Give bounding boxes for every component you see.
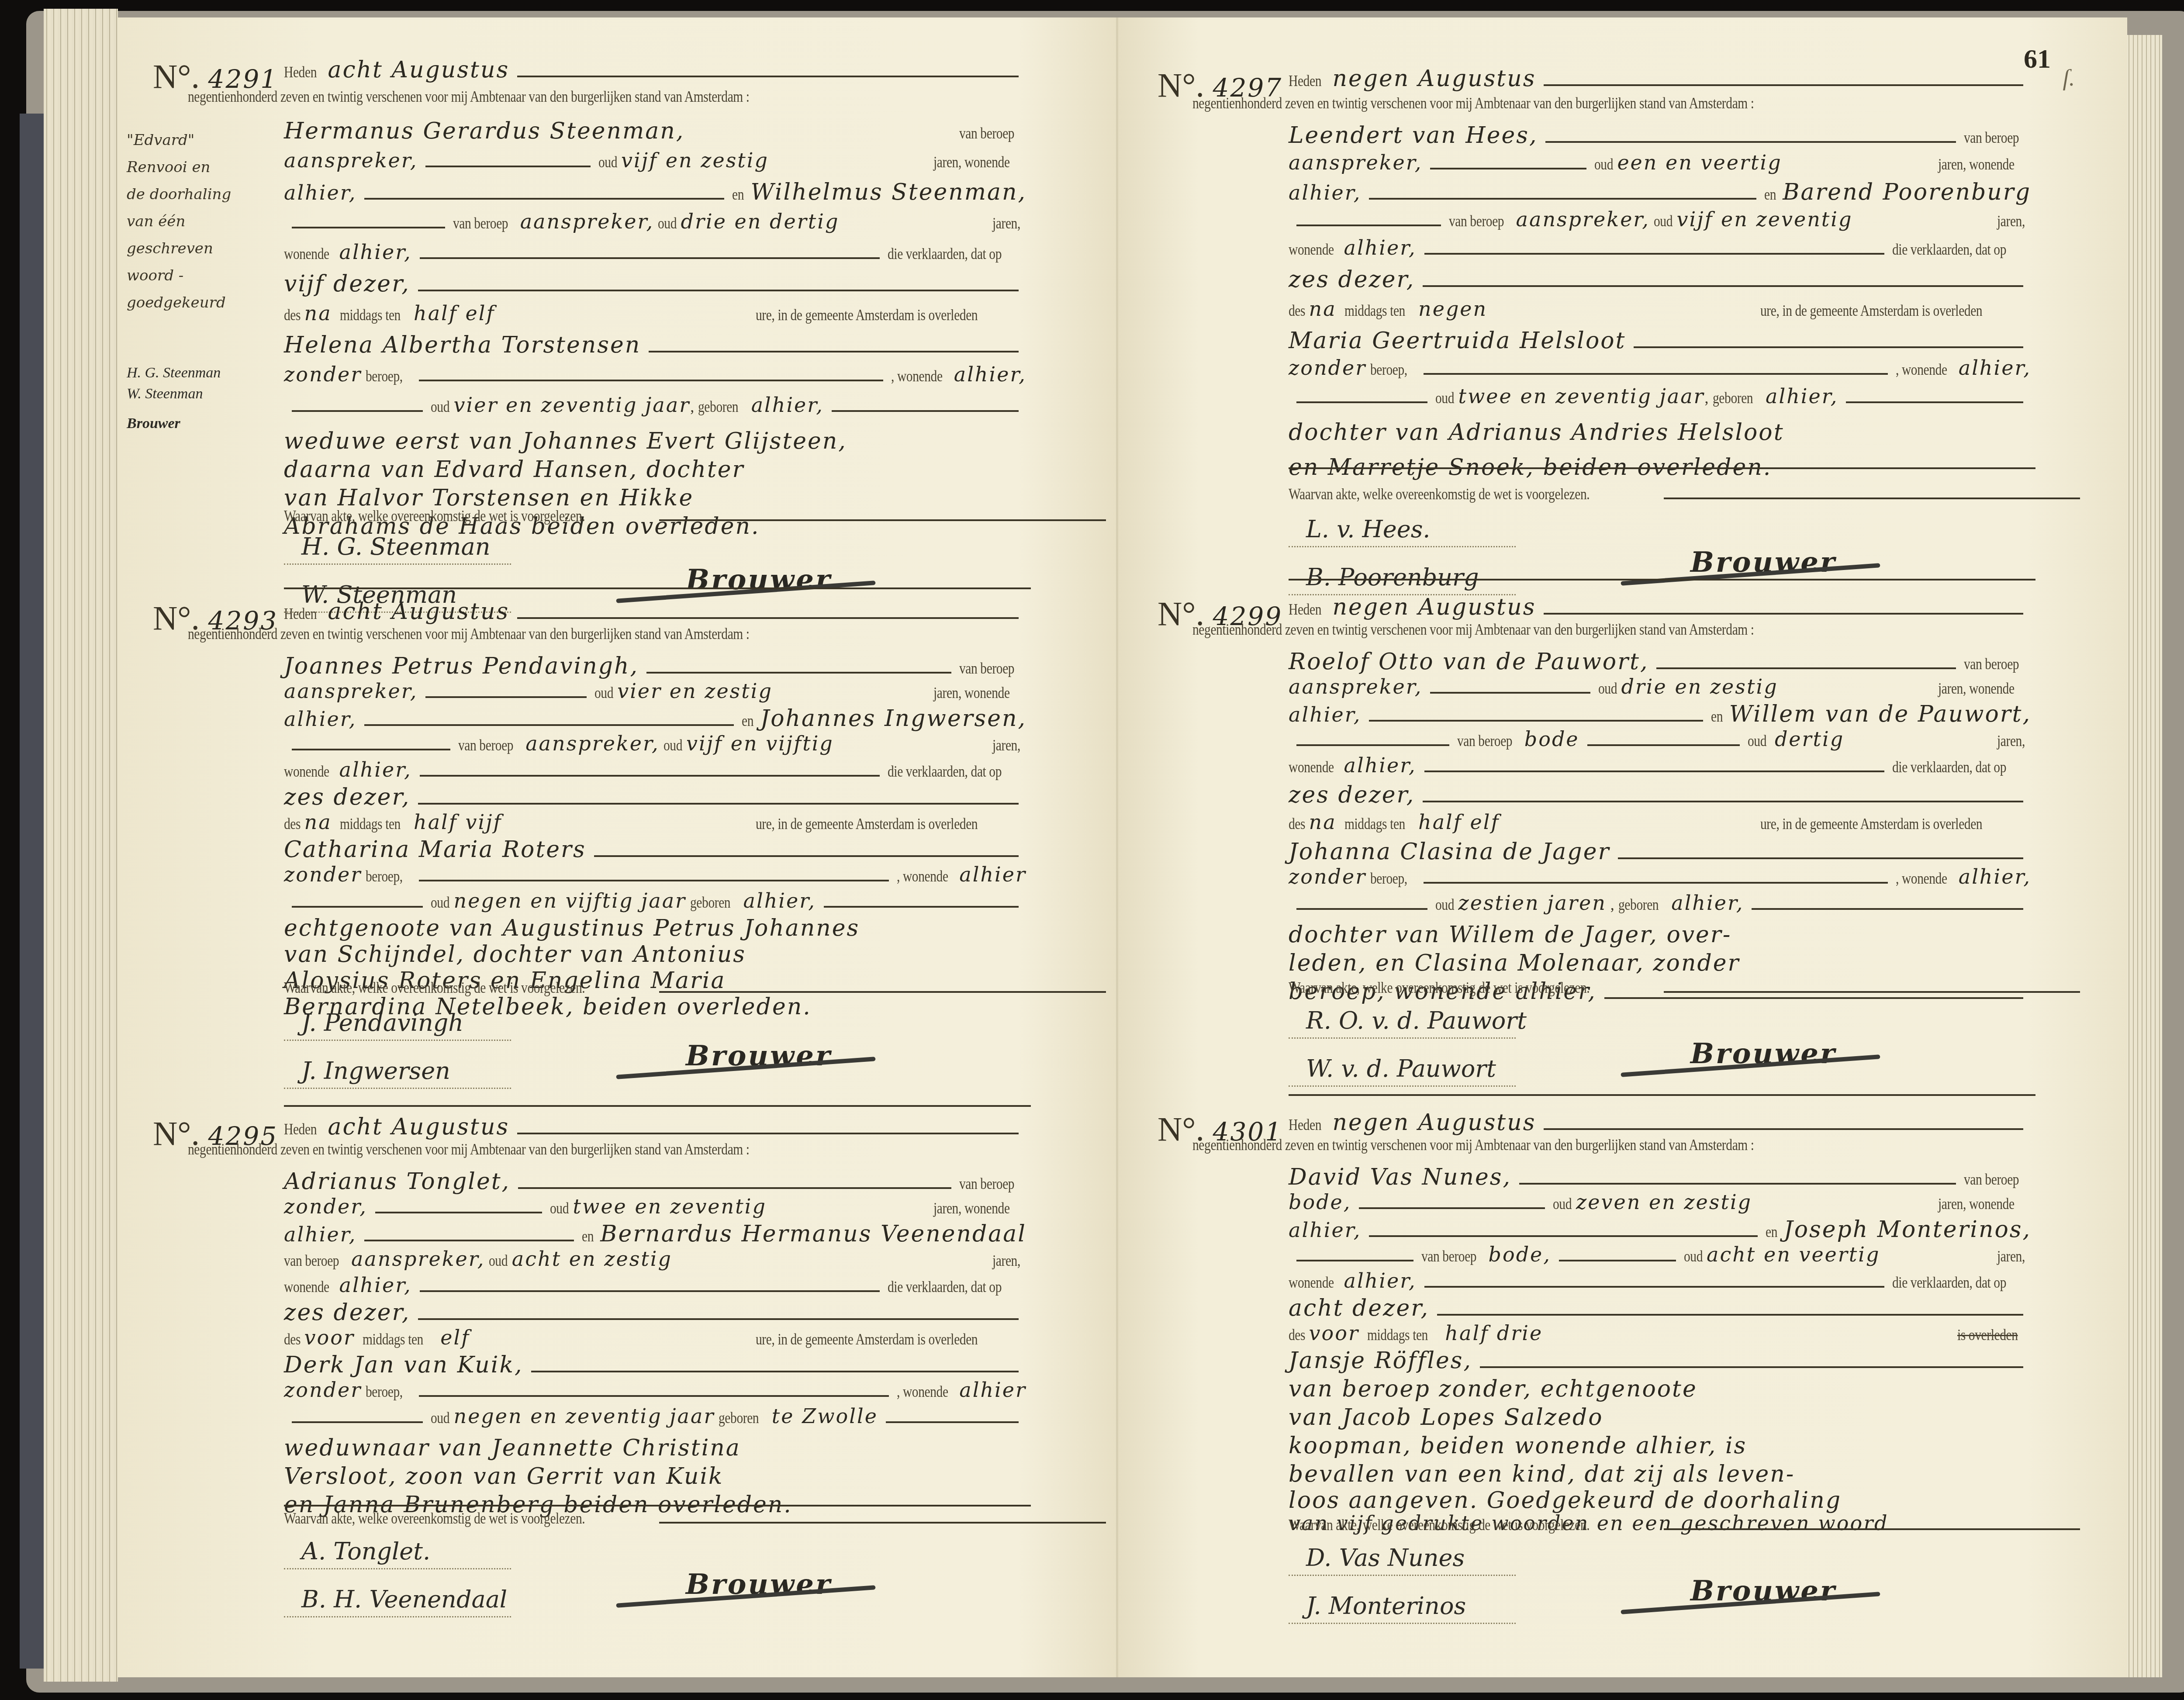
death-record: N°. 4301 Heden negen Augustus negentienh… <box>1158 1109 2031 1546</box>
handwritten-text: Roelof Otto van de Pauwort, <box>1289 649 1648 675</box>
printed-text: oud <box>594 684 613 702</box>
form-line: negentienhonderd zeven en twintig versch… <box>1192 1136 2031 1166</box>
deceased-name: Helena Albertha Torstensen <box>284 332 641 358</box>
fill-in-rule <box>1437 1314 2023 1316</box>
printed-text: ure, in de gemeente Amsterdam is overled… <box>1760 301 1982 320</box>
handwritten-text: alhier, <box>1344 753 1416 777</box>
fill-in-rule <box>1544 84 2023 86</box>
printed-text: geboren <box>1713 389 1753 407</box>
handwritten-text: acht en veertig <box>1707 1243 1880 1266</box>
printed-text: oud <box>1748 732 1766 750</box>
handwritten-text: acht Augustus <box>328 1114 509 1140</box>
handwritten-text: alhier <box>959 1378 1026 1402</box>
printed-text: van beroep <box>1964 1170 2019 1189</box>
printed-text: middags ten <box>363 1330 423 1348</box>
deceased-name: Maria Geertruida Helsloot <box>1289 328 1626 354</box>
form-line: Maria Geertruida Helsloot <box>1289 328 2031 358</box>
printed-text: Heden <box>1289 72 1321 90</box>
printed-text: middags ten <box>340 815 401 833</box>
fill-in-rule <box>886 1421 1019 1423</box>
form-line: en Marretje Snoek, beiden overleden. <box>1289 454 2031 485</box>
handwritten-text: van Schijndel, dochter van Antonius <box>284 941 746 967</box>
form-line: wonendealhier,die verklaarden, dat op <box>1289 236 2031 266</box>
printed-text: oud <box>431 397 449 416</box>
printed-text: van beroep <box>1964 128 2019 147</box>
handwritten-text: aanspreker, <box>351 1247 485 1271</box>
printed-text: oud <box>1594 155 1613 173</box>
printed-text: en <box>742 712 753 730</box>
handwritten-text: zes dezer, <box>284 784 410 810</box>
form-line: daarna van Edvard Hansen, dochter <box>284 456 1026 487</box>
folio-mark: ſ. <box>2063 66 2075 91</box>
printed-text: middags ten <box>1344 815 1405 833</box>
signature-line <box>1289 1037 1516 1039</box>
fill-in-rule <box>659 1522 1106 1524</box>
registrar-signature: Brouwer <box>686 1568 832 1601</box>
handwritten-text: vijf en zestig <box>621 149 769 172</box>
fill-in-rule <box>1664 1528 2080 1530</box>
form-line: Helena Albertha Torstensen <box>284 332 1026 363</box>
fill-in-rule <box>1480 1366 2023 1368</box>
handwritten-text: aanspreker, <box>1516 207 1650 231</box>
handwritten-text: twee en zeventig jaar <box>1458 384 1705 408</box>
handwritten-text: drie en zestig <box>1621 675 1778 698</box>
printed-text: oud <box>1654 212 1673 230</box>
form-line: wonendealhier,die verklaarden, dat op <box>284 240 1026 271</box>
handwritten-text: acht en zestig <box>512 1247 672 1271</box>
handwritten-text: aanspreker, <box>1289 151 1422 174</box>
printed-text: negentienhonderd zeven en twintig versch… <box>1192 620 1754 639</box>
fill-in-rule <box>375 1212 542 1213</box>
printed-text: oud <box>489 1251 508 1270</box>
declarant-name: Hermanus Gerardus Steenman, <box>284 118 684 144</box>
printed-text: jaren, wonende <box>1938 679 2015 698</box>
fill-in-rule <box>1424 253 1884 255</box>
printed-text: oud <box>431 893 449 912</box>
printed-text: van beroep <box>959 124 1014 142</box>
fill-in-rule <box>646 672 951 674</box>
printed-text: oud <box>1435 895 1454 914</box>
handwritten-text: vier en zeventig jaar <box>454 393 691 417</box>
deceased-name: Johanna Clasina de Jager <box>1289 839 1610 865</box>
printed-text: die verklaarden, dat op <box>1892 1273 2006 1292</box>
handwritten-text: Joannes Petrus Pendavingh, <box>284 653 639 679</box>
fill-in-rule <box>518 1187 951 1189</box>
form-line: oudnegen en zeventig jaar geboren te Zwo… <box>284 1404 1026 1435</box>
printed-text: middags ten <box>1344 301 1405 320</box>
handwritten-text: alhier, <box>339 758 411 781</box>
handwritten-text: negen <box>1418 297 1487 321</box>
fill-in-rule <box>364 724 734 726</box>
signature-block: D. Vas Nunes J. Monterinos Brouwer <box>1289 1544 2031 1688</box>
handwritten-text: na <box>1309 297 1337 321</box>
form-line: van beroep zonder, echtgenoote <box>1289 1376 2031 1406</box>
printed-text: , wonende <box>1896 360 1947 379</box>
printed-text: jaren, <box>1997 732 2025 750</box>
form-line: koopman, beiden wonende alhier, is <box>1289 1433 2031 1463</box>
fill-in-rule <box>425 696 586 698</box>
handwritten-text: negen Augustus <box>1332 66 1536 92</box>
handwritten-text: alhier, <box>1671 891 1744 915</box>
death-record: N°. 4297 Heden negen Augustus negentienh… <box>1158 66 2031 502</box>
handwritten-text: weduwnaar van Jeannette Christina <box>284 1435 741 1461</box>
signature-line <box>284 1616 511 1617</box>
handwritten-text: alhier <box>959 863 1026 886</box>
form-line: oudtwee en zeventig jaar, geboren alhier… <box>1289 384 2031 415</box>
printed-text: des <box>284 815 301 833</box>
printed-text: oud <box>1553 1195 1572 1213</box>
form-line: Waarvan akte, welke overeenkomstig de we… <box>1289 485 2088 515</box>
form-line: aanspreker,oudeen en veertigjaren, wonen… <box>1289 151 2031 181</box>
printed-text: oud <box>431 1409 449 1427</box>
printed-text: beroep, <box>1370 869 1407 888</box>
printed-text: die verklaarden, dat op <box>888 1278 1002 1296</box>
printed-text: Heden <box>284 605 317 623</box>
handwritten-text: negen Augustus <box>1332 594 1536 620</box>
printed-text: negentienhonderd zeven en twintig versch… <box>1192 1136 1754 1154</box>
handwritten-text: aanspreker, <box>284 149 418 172</box>
form-line: Heden acht Augustus <box>284 57 1026 87</box>
fill-in-rule <box>659 519 1106 521</box>
form-line: negentienhonderd zeven en twintig versch… <box>188 1140 1026 1171</box>
printed-text: en <box>1764 185 1776 204</box>
printed-text: van beroep <box>1421 1247 1476 1265</box>
form-line: van beroepaanspreker, oudvijf en zeventi… <box>1289 207 2031 238</box>
handwritten-text: alhier, <box>751 393 824 417</box>
form-line: zonder beroep,, wonendealhier, <box>1289 356 2031 387</box>
handwritten-text: twee en zeventig <box>573 1195 767 1218</box>
handwritten-text: leden, en Clasina Molenaar, zonder <box>1289 950 1740 976</box>
fill-in-rule <box>420 257 880 259</box>
registrar-signature: Brouwer <box>686 563 832 596</box>
handwritten-text: negen en zeventig jaar <box>454 1404 715 1428</box>
printed-text: van beroep <box>1449 212 1504 230</box>
fill-in-rule <box>1587 744 1740 746</box>
handwritten-text: bode, <box>1489 1243 1551 1266</box>
form-line: wonendealhier,die verklaarden, dat op <box>1289 753 2031 784</box>
form-line: desna middags tenhalf elfure, in de geme… <box>284 301 1026 332</box>
signature-line <box>1289 1085 1516 1087</box>
fill-in-rule <box>1544 613 2023 615</box>
fill-in-rule <box>1369 720 1703 722</box>
fill-in-rule <box>832 410 1019 412</box>
handwritten-text: half elf <box>414 301 495 325</box>
record-divider <box>284 1105 1031 1107</box>
handwritten-text: na <box>304 810 332 834</box>
printed-text: negentienhonderd zeven en twintig versch… <box>188 87 750 106</box>
printed-text: des <box>1289 815 1305 833</box>
handwritten-text: Leendert van Hees, <box>1289 122 1538 149</box>
printed-text: van beroep <box>453 214 508 232</box>
fill-in-rule <box>1296 908 1427 910</box>
handwritten-text: aanspreker, <box>520 210 654 233</box>
handwritten-text: zonder <box>284 363 362 386</box>
printed-text: en <box>1711 707 1723 726</box>
printed-text: en <box>1766 1223 1777 1241</box>
handwritten-text: weduwe eerst van Johannes Evert Glijstee… <box>284 428 847 454</box>
printed-text: Heden <box>1289 600 1321 618</box>
handwritten-text: zonder, <box>284 1195 367 1218</box>
handwritten-text: acht dezer, <box>1289 1295 1429 1321</box>
handwritten-text: half vijf <box>414 810 502 834</box>
form-line: Heden negen Augustus <box>1289 66 2031 96</box>
fill-in-rule <box>419 880 889 881</box>
printed-text: die verklaarden, dat op <box>888 245 1002 263</box>
printed-text: oud <box>598 153 617 171</box>
form-line: Waarvan akte, welke overeenkomstig de we… <box>284 1509 1114 1540</box>
printed-text: wonende <box>1289 758 1334 776</box>
printed-text: beroep, <box>1370 360 1407 379</box>
printed-text: negentienhonderd zeven en twintig versch… <box>1192 94 1754 112</box>
printed-text: jaren, wonende <box>933 684 1010 702</box>
printed-text: beroep, <box>366 867 403 885</box>
left-page: "Edvard" Renvooi en de doorhaling van éé… <box>118 17 1118 1677</box>
handwritten-text: zeven en zestig <box>1576 1190 1752 1214</box>
death-record: N°. 4291 Heden acht Augustus negentienho… <box>153 57 1026 559</box>
handwritten-text: Willem van de Pauwort, <box>1729 701 2031 727</box>
handwritten-text: aanspreker, <box>1289 675 1422 698</box>
fill-in-rule <box>1430 692 1590 694</box>
handwritten-text: alhier, <box>1289 1218 1361 1242</box>
handwritten-text: alhier, <box>1289 181 1361 204</box>
handwritten-text: voor <box>1309 1321 1359 1345</box>
handwritten-text: Catharina Maria Roters <box>284 836 586 863</box>
printed-text: , wonende <box>897 1382 948 1401</box>
form-line: negentienhonderd zeven en twintig versch… <box>188 625 1026 655</box>
printed-text: wonende <box>284 762 329 781</box>
handwritten-text: alhier, <box>284 707 356 731</box>
printed-text: jaren, <box>1997 1247 2025 1265</box>
printed-text: jaren, <box>992 1251 1020 1270</box>
handwritten-text: na <box>1309 810 1337 834</box>
handwritten-text: alhier, <box>1766 384 1838 408</box>
fill-in-rule <box>1424 373 1888 375</box>
record-date: acht Augustus <box>328 57 509 83</box>
handwritten-text: Derk Jan van Kuik, <box>284 1352 523 1378</box>
form-line: weduwnaar van Jeannette Christina <box>284 1435 1026 1465</box>
handwritten-text: na <box>304 301 332 325</box>
printed-text: wonende <box>284 1278 329 1296</box>
handwritten-text: elf <box>440 1326 470 1349</box>
fill-in-rule <box>649 351 1019 352</box>
witness-signature: B. Poorenburg <box>1306 563 1479 591</box>
printed-text: , wonende <box>897 867 948 885</box>
printed-text: oud <box>1435 389 1454 407</box>
form-line: Leendert van Hees,van beroep <box>1289 122 2031 153</box>
fill-in-rule <box>1664 498 2080 499</box>
fill-in-rule <box>420 1290 880 1292</box>
witness-signature: L. v. Hees. <box>1306 515 1431 543</box>
handwritten-text: drie en dertig <box>681 210 840 233</box>
handwritten-text: echtgenoote van Augustinus Petrus Johann… <box>284 915 860 941</box>
handwritten-text: vier en zestig <box>617 679 773 703</box>
printed-text: jaren, <box>992 214 1020 232</box>
fill-in-rule <box>419 1395 889 1397</box>
handwritten-text: vijf en zeventig <box>1676 207 1852 231</box>
record-divider <box>1289 1094 2035 1096</box>
printed-text: van beroep <box>1457 732 1512 750</box>
handwritten-text: zes dezer, <box>1289 266 1415 293</box>
handwritten-text: alhier, <box>954 363 1026 386</box>
form-line: desna middags tenhalf elfure, in de geme… <box>1289 810 2031 841</box>
form-line: leden, en Clasina Molenaar, zonder <box>1289 950 2031 981</box>
record-divider <box>284 587 1031 589</box>
witness-signature: B. H. Veenendaal <box>301 1586 507 1613</box>
handwritten-text: zonder <box>284 1378 362 1402</box>
printed-text: ure, in de gemeente Amsterdam is overled… <box>756 1330 978 1348</box>
printed-text: oud <box>1684 1247 1703 1265</box>
printed-text: negentienhonderd zeven en twintig versch… <box>188 1140 750 1158</box>
handwritten-text: negen Augustus <box>1332 1109 1536 1136</box>
printed-text: van beroep <box>1964 655 2019 673</box>
printed-text: , wonende <box>891 367 943 385</box>
fill-in-rule <box>418 1318 1019 1320</box>
closing-formula: Waarvan akte, welke overeenkomstig de we… <box>284 507 585 525</box>
fill-in-rule <box>517 76 1019 77</box>
fill-in-rule <box>292 749 450 750</box>
book-spine-cloth <box>20 114 46 1669</box>
printed-text: Heden <box>1289 1116 1321 1134</box>
handwritten-text: van Jacob Lopes Salzedo <box>1289 1404 1603 1430</box>
handwritten-text: koopman, beiden wonende alhier, is <box>1289 1433 1747 1459</box>
fill-in-rule <box>1752 908 2023 910</box>
record-divider <box>1289 467 2035 469</box>
fill-in-rule <box>1430 168 1586 169</box>
printed-text: Heden <box>284 63 317 81</box>
fill-in-rule <box>425 166 590 167</box>
handwritten-text: een en veertig <box>1617 151 1782 174</box>
printed-text: , wonende <box>1896 869 1947 888</box>
handwritten-text: bode, <box>1289 1190 1351 1214</box>
printed-text: jaren, wonende <box>933 153 1010 171</box>
fill-in-rule <box>824 906 1019 908</box>
printed-text: oud <box>1598 679 1617 698</box>
handwritten-text: van beroep zonder, echtgenoote <box>1289 1376 1697 1402</box>
handwritten-text: zes dezer, <box>1289 782 1415 808</box>
printed-text: Waarvan akte, welke overeenkomstig de we… <box>1289 1516 1590 1534</box>
printed-text: van beroep <box>959 659 1014 677</box>
registrar-signature: Brouwer <box>686 1040 832 1072</box>
handwritten-text: alhier, <box>1344 236 1416 259</box>
printed-text: wonende <box>1289 240 1334 259</box>
printed-text: beroep, <box>366 1382 403 1401</box>
handwritten-text: alhier, <box>1289 703 1361 726</box>
fill-in-rule <box>1296 401 1427 403</box>
registrar-signature: Brouwer <box>1690 1575 1837 1607</box>
fill-in-rule <box>1423 285 2023 287</box>
printed-text: en <box>582 1227 594 1245</box>
record-divider <box>1289 579 2035 580</box>
signature-line <box>1289 546 1516 547</box>
fill-in-rule <box>1423 801 2023 802</box>
printed-text: oud <box>658 214 677 232</box>
printed-text: oud <box>663 736 682 754</box>
form-line: Jansje Röffles, <box>1289 1348 2031 1378</box>
handwritten-text: vijf dezer, <box>284 271 410 297</box>
printed-text: van beroep <box>458 736 513 754</box>
handwritten-text: Bernardus Hermanus Veenendaal <box>600 1221 1026 1247</box>
page-edges-left <box>44 9 118 1682</box>
witness-signature: R. O. v. d. Pauwort <box>1306 1007 1527 1034</box>
form-line: negentienhonderd zeven en twintig versch… <box>1192 620 2031 651</box>
printed-text: die verklaarden, dat op <box>888 762 1002 781</box>
printed-text: des <box>284 306 301 324</box>
handwritten-text: zonder <box>1289 356 1366 380</box>
fill-in-rule <box>659 991 1106 993</box>
printed-text: en <box>732 185 744 204</box>
handwritten-text: voor <box>304 1326 355 1349</box>
printed-text: des <box>1289 301 1305 320</box>
fill-in-rule <box>1545 141 1956 143</box>
witness-signature: J. Pendavingh <box>301 1009 463 1037</box>
printed-text: Waarvan akte, welke overeenkomstig de we… <box>284 978 585 997</box>
printed-text: Waarvan akte, welke overeenkomstig de we… <box>1289 485 1590 503</box>
printed-text: des <box>284 1330 301 1348</box>
fill-in-rule <box>292 1421 423 1423</box>
printed-text: geboren <box>690 893 730 912</box>
form-line: van beroepaanspreker, ouddrie en dertigj… <box>284 210 1026 240</box>
handwritten-text: half elf <box>1418 810 1500 834</box>
handwritten-text: daarna van Edvard Hansen, dochter <box>284 456 744 483</box>
handwritten-text: zes dezer, <box>284 1299 410 1326</box>
printed-text: wonende <box>284 245 329 263</box>
fill-in-rule <box>419 380 884 381</box>
printed-text: die verklaarden, dat op <box>1892 758 2006 776</box>
printed-text: die verklaarden, dat op <box>1892 240 2006 259</box>
handwritten-text: te Zwolle <box>772 1404 878 1428</box>
signature-block: A. Tonglet. B. H. Veenendaal Brouwer <box>284 1538 1026 1682</box>
fill-in-rule <box>364 1240 574 1241</box>
printed-text: Waarvan akte, welke overeenkomstig de we… <box>284 1509 585 1527</box>
death-record: N°. 4293 Heden acht Augustus negentienho… <box>153 598 1026 1035</box>
fill-in-rule <box>517 617 1019 619</box>
fill-in-rule <box>1664 991 2080 993</box>
printed-text: middags ten <box>340 306 401 324</box>
fill-in-rule <box>1424 771 1884 772</box>
fill-in-rule <box>1424 1286 1884 1288</box>
fill-in-rule <box>364 198 724 200</box>
form-line: alhier,en Wilhelmus Steenman, <box>284 179 1026 210</box>
handwritten-text: alhier, <box>1959 865 2031 888</box>
fill-in-rule <box>517 1133 1019 1134</box>
handwritten-text: alhier, <box>284 181 356 204</box>
handwritten-text: zonder <box>284 863 362 886</box>
printed-text: oud <box>550 1199 569 1217</box>
printed-text: van beroep <box>959 1175 1014 1193</box>
form-line: Versloot, zoon van Gerrit van Kuik <box>284 1463 1026 1494</box>
form-line: vijf dezer, <box>284 271 1026 301</box>
fill-in-rule <box>1296 744 1449 746</box>
printed-text: jaren, <box>992 736 1020 754</box>
printed-text: Waarvan akte, welke overeenkomstig de we… <box>1289 978 1590 997</box>
death-record: N°. 4299 Heden negen Augustus negentienh… <box>1158 594 2031 1031</box>
printed-text: middags ten <box>1367 1326 1428 1344</box>
declarant-name: Wilhelmus Steenman, <box>750 179 1026 205</box>
fill-in-rule <box>1634 346 2023 348</box>
form-line: zes dezer, <box>1289 266 2031 297</box>
form-line: dochter van Willem de Jager, over- <box>1289 922 2031 952</box>
fill-in-rule <box>1618 857 2023 859</box>
handwritten-text: alhier, <box>1344 1269 1416 1292</box>
handwritten-text: negen en vijftig jaar <box>454 889 687 912</box>
form-line: zonder beroep,, wonendealhier, <box>284 363 1026 393</box>
form-line: Waarvan akte, welke overeenkomstig de we… <box>284 978 1114 1009</box>
fill-in-rule <box>1359 1207 1545 1209</box>
form-line: van Jacob Lopes Salzedo <box>1289 1404 2031 1435</box>
form-line: dochter van Adrianus Andries Helsloot <box>1289 419 2031 450</box>
form-line: zes dezer, <box>1289 782 2031 812</box>
handwritten-text: aanspreker, <box>525 732 659 755</box>
